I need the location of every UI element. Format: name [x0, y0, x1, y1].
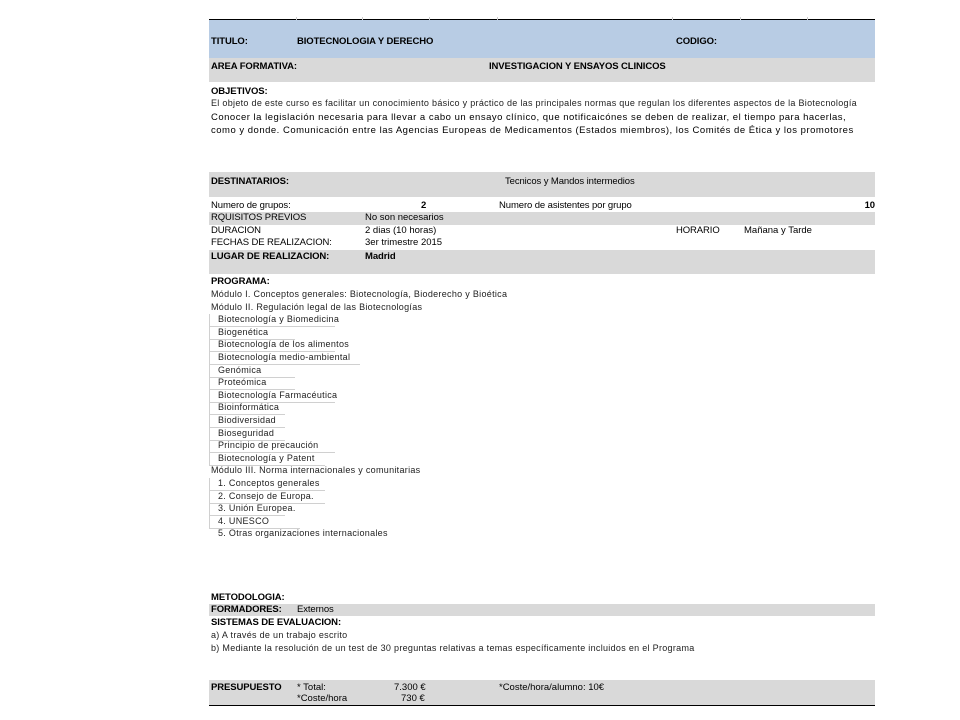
formadores-label: FORMADORES:: [211, 604, 282, 615]
coste-alumno: *Coste/hora/alumno: 10€: [499, 682, 604, 693]
duracion-label: DURACION: [211, 225, 261, 236]
total-label: * Total:: [297, 682, 326, 693]
objetivos-label: OBJETIVOS:: [211, 86, 268, 97]
asistentes-value: 10: [865, 200, 875, 211]
destinatarios-value: Tecnicos y Mandos intermedios: [505, 176, 635, 187]
programa-item: 5. Otras organizaciones internacionales: [218, 528, 388, 538]
programa-item: Biogenética: [218, 327, 268, 337]
titulo-value: BIOTECNOLOGIA Y DERECHO: [297, 36, 433, 47]
programa-item: 2. Consejo de Europa.: [218, 491, 314, 501]
lugar-value: Madrid: [365, 251, 396, 262]
programa-module: Módulo II. Regulación legal de las Biote…: [211, 302, 422, 312]
grupos-label: Numero de grupos:: [211, 200, 291, 211]
presupuesto-label: PRESUPUESTO: [211, 682, 282, 693]
lugar-label: LUGAR DE REALIZACION:: [211, 251, 329, 262]
fechas-value: 3er trimestre 2015: [365, 237, 442, 248]
requisitos-row: [209, 212, 875, 225]
objetivos-line-1: El objeto de este curso es facilitar un …: [211, 98, 877, 108]
area-label: AREA FORMATIVA:: [211, 61, 297, 72]
programa-item: Biotecnología Farmacéutica: [218, 390, 337, 400]
programa-module: Módulo III. Norma internacionales y comu…: [211, 465, 421, 475]
programa-item: 1. Conceptos generales: [218, 478, 320, 488]
requisitos-label: RQUISITOS PREVIOS: [211, 212, 306, 223]
horario-label: HORARIO: [676, 225, 720, 236]
programa-item: Biotecnología y Biomedicina: [218, 314, 339, 324]
programa-item: Biotecnología medio-ambiental: [218, 352, 350, 362]
programa-item: Biodiversidad: [218, 415, 276, 425]
evaluacion-label: SISTEMAS DE EVALUACION:: [211, 617, 341, 628]
evaluacion-item-a: a) A través de un trabajo escrito: [211, 630, 347, 640]
programa-module: Módulo I. Conceptos generales: Biotecnol…: [211, 289, 507, 299]
duracion-value: 2 dias (10 horas): [365, 225, 436, 236]
course-sheet: TITULO: BIOTECNOLOGIA Y DERECHO CODIGO: …: [209, 0, 875, 720]
programa-item: Bioinformática: [218, 402, 279, 412]
formadores-value: Externos: [297, 604, 334, 615]
coste-hora-value: 730 €: [401, 693, 425, 704]
fechas-label: FECHAS DE REALIZACION:: [211, 237, 332, 248]
asistentes-label: Numero de asistentes por grupo: [499, 200, 632, 211]
programa-item: 3. Unión Europea.: [218, 503, 296, 513]
metodologia-label: METODOLOGIA:: [211, 592, 285, 603]
programa-item: Biotecnología de los alimentos: [218, 339, 349, 349]
requisitos-value: No son necesarios: [365, 212, 444, 223]
codigo-label: CODIGO:: [676, 36, 717, 47]
programa-item: Proteómica: [218, 377, 267, 387]
area-value: INVESTIGACION Y ENSAYOS CLINICOS: [489, 61, 666, 72]
objetivos-line-3: como y donde. Comunicación entre las Age…: [211, 125, 877, 136]
evaluacion-item-b: b) Mediante la resolución de un test de …: [211, 643, 695, 653]
destinatarios-label: DESTINATARIOS:: [211, 176, 289, 187]
programa-item: Genómica: [218, 365, 261, 375]
objetivos-line-2: Conocer la legislación necesaria para ll…: [211, 112, 877, 123]
titulo-label: TITULO:: [211, 36, 248, 47]
programa-item: 4. UNESCO: [218, 516, 269, 526]
coste-hora-label: *Coste/hora: [297, 693, 347, 704]
programa-item: Principio de precaución: [218, 440, 318, 450]
horario-value: Mañana y Tarde: [744, 225, 812, 236]
programa-label: PROGRAMA:: [211, 276, 270, 287]
programa-item: Biotecnología y Patent: [218, 453, 315, 463]
grupos-value: 2: [421, 200, 426, 211]
bottom-border: [209, 705, 875, 706]
total-value: 7.300 €: [394, 682, 426, 693]
programa-item: Bioseguridad: [218, 428, 274, 438]
